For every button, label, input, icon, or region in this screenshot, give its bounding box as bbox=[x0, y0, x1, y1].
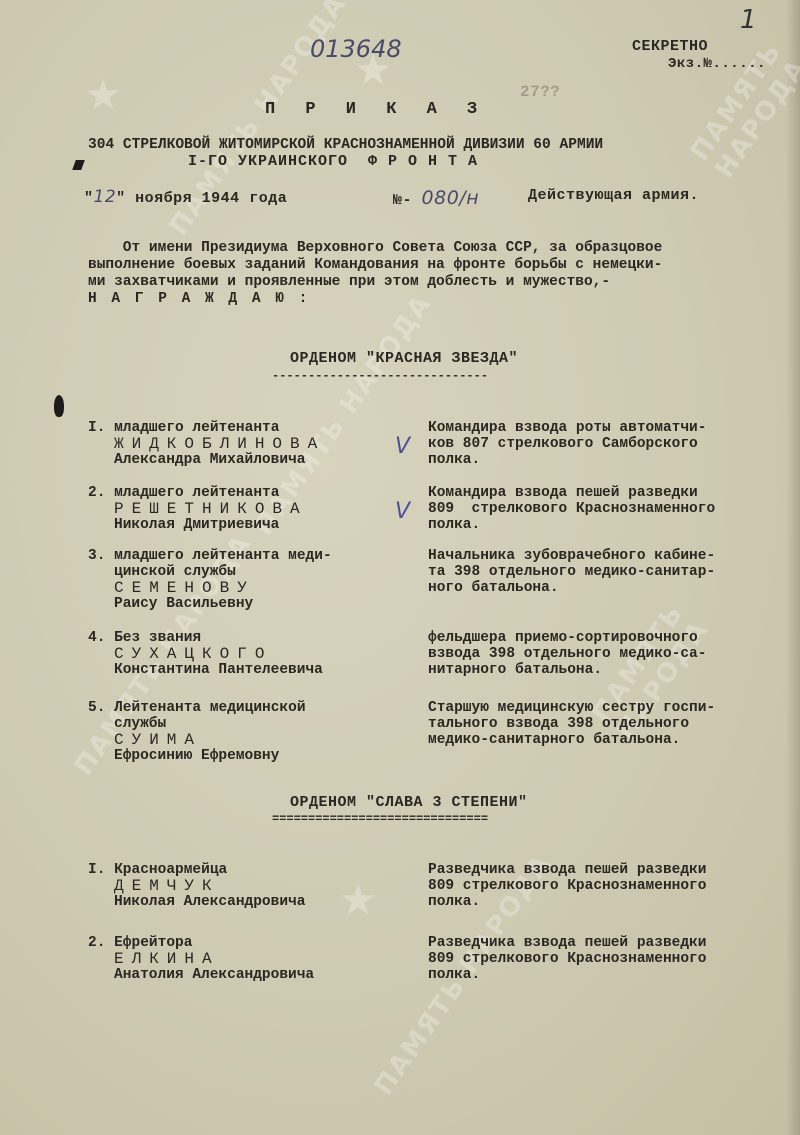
position-line: Командира взвода роты автоматчи- bbox=[428, 420, 706, 436]
position-line: 809 стрелкового Краснознаменного bbox=[428, 501, 715, 517]
recipient-given-name: Александра Михайловича bbox=[88, 452, 325, 468]
position-line: взвода 398 отдельного медико-са- bbox=[428, 646, 706, 662]
recipient-rank: Ефрейтора bbox=[114, 935, 192, 951]
recipient-rank: младшего лейтенанта меди- bbox=[114, 548, 332, 564]
watermark-star-icon: ★ bbox=[85, 55, 121, 129]
preamble-line: От имени Президиума Верховного Совета Со… bbox=[88, 240, 662, 257]
number-prefix: № bbox=[393, 192, 403, 209]
recipient-rank: Лейтенанта медицинской bbox=[114, 700, 305, 716]
position-line: Разведчика взвода пешей разведки bbox=[428, 862, 706, 878]
date-line: "12" ноября 1944 года bbox=[84, 187, 287, 207]
position-line: полка. bbox=[428, 452, 706, 468]
recipient-rank: Без звания bbox=[114, 630, 201, 646]
award-position: Разведчика взвода пешей разведки809 стре… bbox=[428, 862, 706, 910]
recipient-surname: ДЕМЧУК bbox=[88, 878, 305, 894]
watermark-star-icon: ★ bbox=[340, 860, 376, 934]
award-recipient: 5. Лейтенанта медицинскойслужбыСУИМАЕфро… bbox=[88, 700, 306, 764]
faint-stamp-number: 27?? bbox=[520, 83, 560, 101]
preamble: От имени Президиума Верховного Совета Со… bbox=[88, 240, 662, 308]
award-number: 4. bbox=[88, 630, 105, 646]
recipient-given-name: Ефросинию Ефремовну bbox=[88, 748, 306, 764]
award-position: Старшую медицинскую сестру госпи-тальног… bbox=[428, 700, 715, 748]
recipient-rank-cont: службы bbox=[88, 716, 306, 732]
recipient-rank-cont: цинской службы bbox=[88, 564, 332, 580]
archive-number: 013648 bbox=[310, 35, 402, 63]
classification-label: СЕКРЕТНО bbox=[632, 38, 708, 55]
recipient-given-name: Константина Пантелеевича bbox=[88, 662, 323, 678]
preamble-line: ми захватчиками и проявленные при этом д… bbox=[88, 274, 662, 291]
award-position: Начальника зубоврачебного кабине-та 398 … bbox=[428, 548, 715, 596]
check-mark-icon: V bbox=[395, 434, 410, 459]
position-line: Старшую медицинскую сестру госпи- bbox=[428, 700, 715, 716]
front-line: I-ГО УКРАИНСКОГО Ф Р О Н Т А bbox=[188, 153, 478, 170]
preamble-line: выполнение боевых заданий Командования н… bbox=[88, 257, 662, 274]
section-heading-red-star: ОРДЕНОМ "КРАСНАЯ ЗВЕЗДА" bbox=[290, 350, 518, 367]
award-recipient: 2. младшего лейтенантаРЕШЕТНИКОВАНиколая… bbox=[88, 485, 308, 533]
section-underline: ------------------------------ bbox=[272, 369, 488, 383]
recipient-surname: ЖИДКОБЛИНОВА bbox=[88, 436, 325, 452]
award-verb: Н А Г Р А Ж Д А Ю : bbox=[88, 291, 662, 308]
section-underline: ============================== bbox=[272, 812, 488, 826]
order-number-value: 080/н bbox=[422, 187, 480, 209]
position-line: ного батальона. bbox=[428, 580, 715, 596]
order-number: №- 080/н bbox=[393, 187, 479, 209]
position-line: 809 стрелкового Краснознаменного bbox=[428, 951, 706, 967]
award-recipient: I. КрасноармейцаДЕМЧУКНиколая Александро… bbox=[88, 862, 305, 910]
unit-line: 304 СТРЕЛКОВОЙ ЖИТОМИРСКОЙ КРАСНОЗНАМЕНН… bbox=[88, 136, 603, 153]
award-number: 5. bbox=[88, 700, 105, 716]
position-line: та 398 отдельного медико-санитар- bbox=[428, 564, 715, 580]
position-line: полка. bbox=[428, 967, 706, 983]
award-position: фельдшера приемо-сортировочноговзвода 39… bbox=[428, 630, 706, 678]
position-line: полка. bbox=[428, 517, 715, 533]
recipient-rank: младшего лейтенанта bbox=[114, 420, 279, 436]
award-recipient: 2. ЕфрейтораЕЛКИНААнатолия Александрович… bbox=[88, 935, 314, 983]
date-day: 12 bbox=[94, 187, 117, 207]
award-position: Разведчика взвода пешей разведки809 стре… bbox=[428, 935, 706, 983]
award-number: 2. bbox=[88, 485, 105, 501]
recipient-given-name: Николая Александровича bbox=[88, 894, 305, 910]
award-position: Командира взвода роты автоматчи-ков 807 … bbox=[428, 420, 706, 468]
position-line: Начальника зубоврачебного кабине- bbox=[428, 548, 715, 564]
award-number: I. bbox=[88, 420, 105, 436]
recipient-rank: младшего лейтенанта bbox=[114, 485, 279, 501]
recipient-given-name: Раису Васильевну bbox=[88, 596, 332, 612]
recipient-given-name: Анатолия Александровича bbox=[88, 967, 314, 983]
document-page: ★ ПАМЯТЬ НАРОДА ★ ПАМЯТЬ НАРОДА ПАМЯТЬ Н… bbox=[0, 0, 800, 1135]
page-mark: 1 bbox=[740, 5, 757, 35]
award-number: I. bbox=[88, 862, 105, 878]
place-label: Действующая армия. bbox=[528, 187, 699, 204]
recipient-surname: ЕЛКИНА bbox=[88, 951, 314, 967]
copy-number-label: Экз.№...... bbox=[668, 56, 766, 72]
section-heading-glory: ОРДЕНОМ "СЛАВА 3 СТЕПЕНИ" bbox=[290, 794, 528, 811]
recipient-given-name: Николая Дмитриевича bbox=[88, 517, 308, 533]
position-line: полка. bbox=[428, 894, 706, 910]
award-number: 2. bbox=[88, 935, 105, 951]
position-line: тального взвода 398 отдельного bbox=[428, 716, 715, 732]
position-line: ков 807 стрелкового Самборского bbox=[428, 436, 706, 452]
document-title: П Р И К А З bbox=[265, 100, 487, 119]
position-line: нитарного батальона. bbox=[428, 662, 706, 678]
award-recipient: I. младшего лейтенантаЖИДКОБЛИНОВААлекса… bbox=[88, 420, 325, 468]
recipient-surname: СЕМЕНОВУ bbox=[88, 580, 332, 596]
recipient-surname: РЕШЕТНИКОВА bbox=[88, 501, 308, 517]
check-mark-icon: V bbox=[395, 499, 410, 524]
position-line: Командира взвода пешей разведки bbox=[428, 485, 715, 501]
binding-hole bbox=[72, 160, 85, 170]
award-recipient: 3. младшего лейтенанта меди-цинской служ… bbox=[88, 548, 332, 612]
award-recipient: 4. Без званияСУХАЦКОГОКонстантина Пантел… bbox=[88, 630, 323, 678]
recipient-surname: СУХАЦКОГО bbox=[88, 646, 323, 662]
recipient-rank: Красноармейца bbox=[114, 862, 227, 878]
binding-hole bbox=[54, 395, 64, 417]
recipient-surname: СУИМА bbox=[88, 732, 306, 748]
position-line: фельдшера приемо-сортировочного bbox=[428, 630, 706, 646]
date-month-year: ноября 1944 года bbox=[135, 190, 287, 207]
award-number: 3. bbox=[88, 548, 105, 564]
award-position: Командира взвода пешей разведки809 стрел… bbox=[428, 485, 715, 533]
position-line: Разведчика взвода пешей разведки bbox=[428, 935, 706, 951]
position-line: медико-санитарного батальона. bbox=[428, 732, 715, 748]
position-line: 809 стрелкового Краснознаменного bbox=[428, 878, 706, 894]
